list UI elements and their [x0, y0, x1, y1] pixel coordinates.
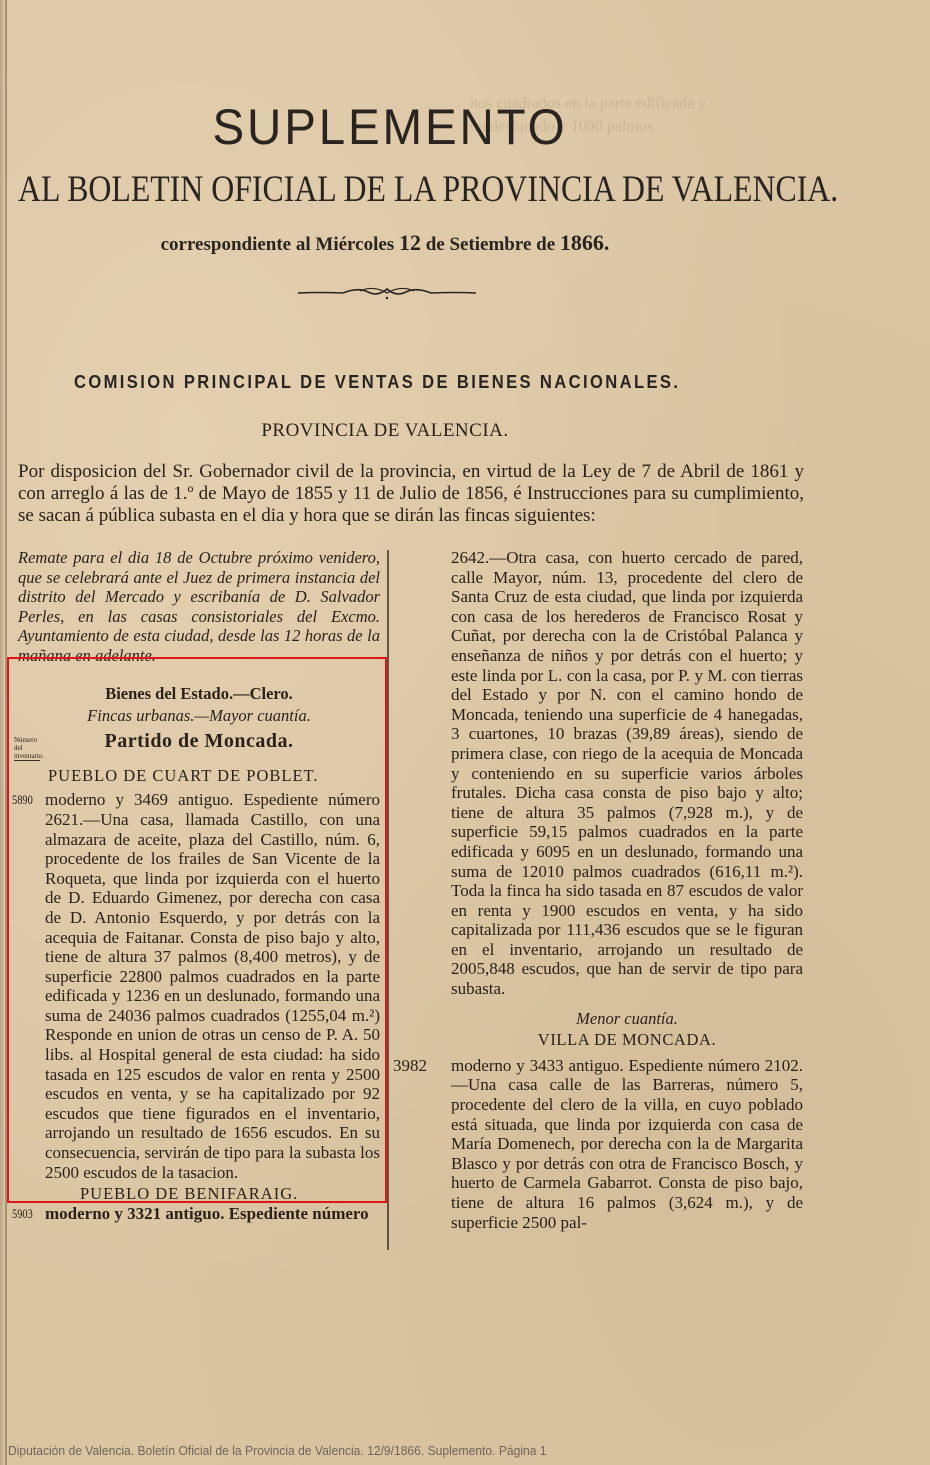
partido-row: Número del inventario. Partido de Moncad…: [18, 730, 380, 760]
section-heading-fincas: Fincas urbanas.—Mayor cuantía.: [18, 706, 380, 726]
page-binding-edge: [0, 0, 4, 1465]
section-heading-menor: Menor cuantía.: [451, 1009, 803, 1029]
section-heading-bienes: Bienes del Estado.—Clero.: [18, 684, 380, 704]
date-prefix: correspondiente al: [161, 234, 316, 255]
page-footer: Diputación de Valencia. Boletín Oficial …: [8, 1443, 547, 1458]
issue-date-line: correspondiente al Miércoles 12 de Setie…: [0, 230, 770, 256]
intro-text: Por disposicion del Sr. Gobernador civil…: [18, 461, 804, 527]
left-column: Remate para el dia 18 de Octubre próximo…: [18, 548, 380, 1223]
entry-text: moderno y 3469 antiguo. Espediente númer…: [45, 790, 380, 1182]
document-page: nos cuadrados en la parte edificada y un…: [0, 0, 930, 1465]
inventory-margin-note: Número del inventario.: [14, 736, 40, 761]
entry-continued-text: 2642.—Otra casa, con huerto cercado de p…: [451, 548, 803, 999]
inventory-number: 5890: [12, 790, 33, 810]
property-entry: 5903 moderno y 3321 antiguo. Espediente …: [18, 1204, 380, 1224]
section-heading-partido: Partido de Moncada.: [18, 730, 380, 752]
property-entry: 5890 moderno y 3469 antiguo. Espediente …: [18, 790, 380, 1182]
entry-text: moderno y 3433 antiguo. Espediente númer…: [451, 1056, 803, 1232]
date-year: 1866.: [560, 230, 610, 255]
property-entry: 3982 moderno y 3433 antiguo. Espediente …: [451, 1056, 803, 1232]
intro-paragraph: Por disposicion del Sr. Gobernador civil…: [18, 461, 804, 527]
page-binding-line: [5, 0, 7, 1465]
inventory-number: 3982: [393, 1056, 427, 1076]
villa-heading-moncada: VILLA DE MONCADA.: [451, 1030, 803, 1050]
date-middle: de Setiembre de: [421, 234, 560, 255]
ornament-divider-icon: [298, 283, 476, 301]
inventory-number: 5903: [12, 1204, 33, 1224]
date-weekday: Miércoles: [315, 234, 394, 255]
province-heading: PROVINCIA DE VALENCIA.: [0, 420, 770, 442]
date-day: 12: [399, 230, 421, 255]
pueblo-heading-benifaraig: PUEBLO DE BENIFARAIG.: [18, 1184, 380, 1204]
entry-text: moderno y 3321 antiguo. Espediente númer…: [45, 1204, 380, 1224]
commission-heading: COMISION PRINCIPAL DE VENTAS DE BIENES N…: [74, 372, 680, 393]
right-column: 2642.—Otra casa, con huerto cercado de p…: [451, 548, 803, 1232]
column-divider: [387, 550, 389, 1250]
page-subtitle: AL BOLETIN OFICIAL DE LA PROVINCIA DE VA…: [18, 168, 775, 211]
auction-notice: Remate para el dia 18 de Octubre próximo…: [18, 548, 380, 666]
page-title: SUPLEMENTO: [20, 98, 761, 156]
pueblo-heading-cuart: PUEBLO DE CUART DE POBLET.: [18, 766, 380, 786]
